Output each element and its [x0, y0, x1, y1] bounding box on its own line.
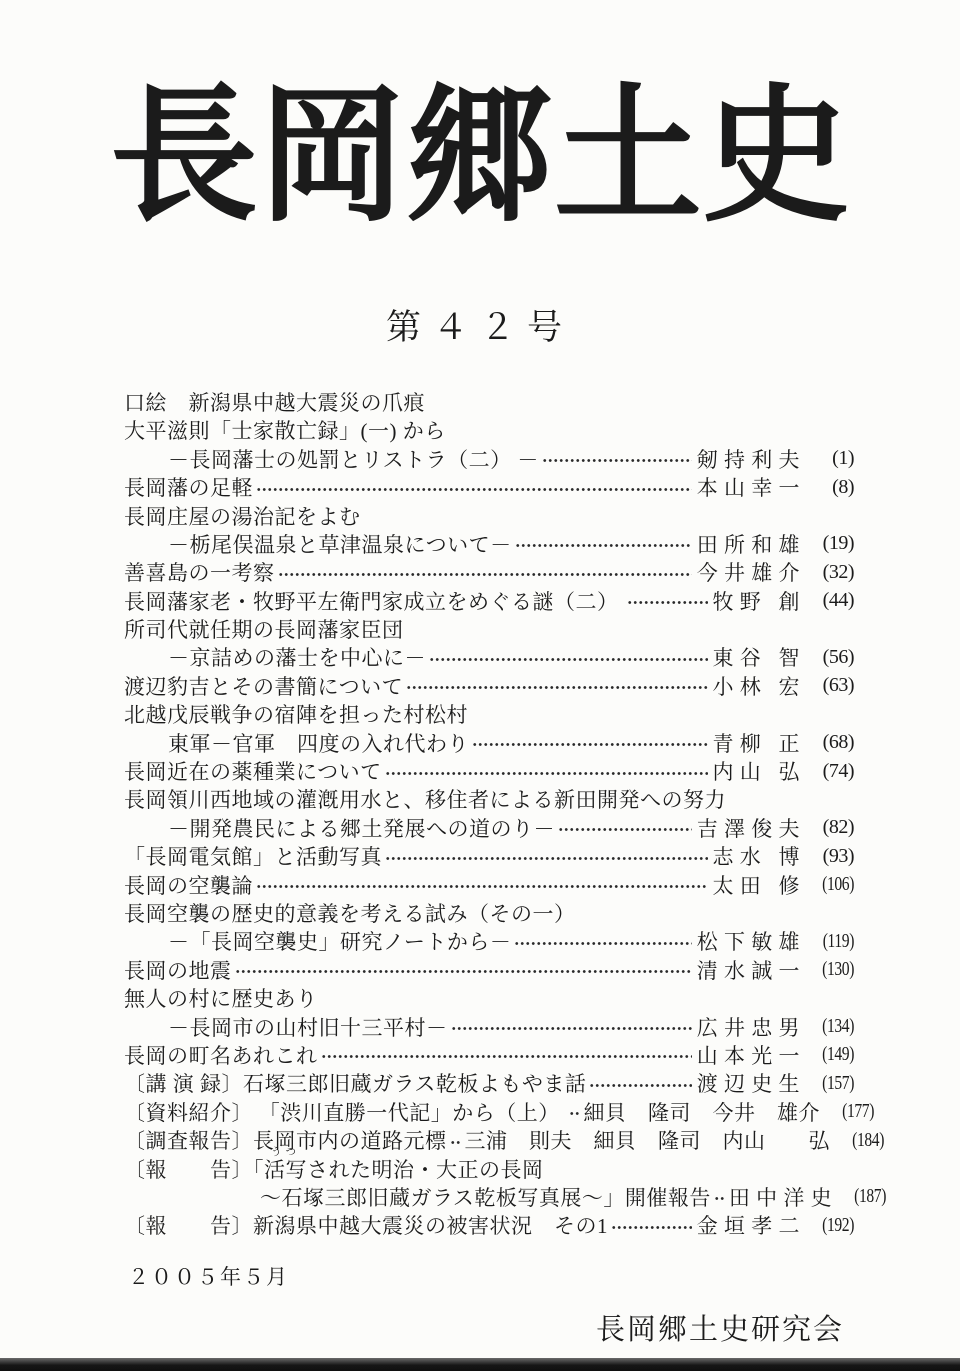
- toc-entry-author: 松 下 敏 雄: [697, 926, 800, 956]
- toc-row: 善喜島の一考察今 井 雄 介(32): [124, 558, 854, 586]
- toc-entry-page: (106): [812, 873, 854, 896]
- toc-entry-page: (93): [800, 845, 854, 868]
- page-title: 長岡郷土史: [0, 76, 960, 242]
- toc-entry-author: 東 谷 智: [713, 642, 801, 672]
- toc-entry-page: (134): [812, 1015, 854, 1038]
- toc-entry-page: (187): [844, 1185, 886, 1208]
- toc-entry-author: 三浦 則夫 細貝 隆司 内山 弘: [465, 1125, 831, 1155]
- toc-entry-page: (184): [842, 1129, 884, 1152]
- toc-entry-page: (149): [812, 1043, 854, 1066]
- dot-leader: [235, 969, 692, 974]
- toc-row: 〔資料紹介〕 「渋川直勝一代記」から（上） 細貝 隆司 今井 雄介(177): [124, 1098, 854, 1126]
- toc-row: 無人の村に歴史あり: [124, 984, 854, 1012]
- toc-entry-title: 東軍－官軍 四度の入れ代わり: [168, 728, 469, 758]
- toc-row: 〔報 告〕新潟県中越大震災の被害状況 その1金 垣 孝 二(192): [124, 1211, 854, 1239]
- dot-leader: [611, 1225, 692, 1230]
- toc-row: －長岡市の山村旧十三平村－広 井 忠 男(134): [124, 1012, 854, 1040]
- toc-entry-title: ～石塚三郎旧蔵ガラス乾板写真展～」開催報告: [260, 1182, 711, 1212]
- dot-leader: [589, 1083, 691, 1088]
- toc-entry-author: 広 井 忠 男: [697, 1012, 800, 1042]
- toc-row: 北越戊辰戦争の宿陣を担った村松村: [124, 700, 854, 728]
- toc-entry-author: 太 田 修: [713, 870, 801, 900]
- toc-row: 長岡の地震清 水 誠 一(130): [124, 956, 854, 984]
- toc-row: 長岡藩家老・牧野平左衛門家成立をめぐる謎（二） 牧 野 創(44): [124, 586, 854, 614]
- toc-entry-title: 大平滋則「士家散亡録」(一) から: [124, 415, 446, 445]
- toc-entry-page: (32): [800, 561, 854, 584]
- dot-leader: [278, 572, 692, 577]
- toc-row: 長岡領川西地域の灌漑用水と、移住者による新田開発への努力: [124, 785, 854, 813]
- toc-entry-title: 長岡の地震: [124, 955, 232, 985]
- toc-entry-title: －栃尾俣温泉と草津温泉について－: [168, 529, 512, 559]
- toc-row: 所司代就任期の長岡藩家臣団: [124, 615, 854, 643]
- dot-leader: [627, 600, 707, 605]
- toc-entry-author: 本 山 幸 一: [697, 472, 800, 502]
- toc-entry-title: －長岡市の山村旧十三平村－: [168, 1012, 448, 1042]
- toc-title-rest: された明治・大正の長岡: [307, 1158, 544, 1182]
- toc-row: 長岡の空襲論太 田 修(106): [124, 870, 854, 898]
- toc-row: 長岡庄屋の湯治記をよむ: [124, 501, 854, 529]
- scan-edge-band: [0, 1358, 960, 1371]
- toc-entry-page: (68): [800, 731, 854, 754]
- toc-entry-title: 「長岡電気館」と活動写真: [124, 841, 382, 871]
- toc-row: 渡辺豹吉とその書簡について小 林 宏(63): [124, 672, 854, 700]
- toc-entry-title: 長岡藩の足軽: [124, 472, 253, 502]
- toc-entry-title: －京詰めの藩士を中心に－: [168, 642, 426, 672]
- dot-leader: [515, 543, 692, 548]
- toc-entry-title: 〔資料紹介〕 「渋川直勝一代記」から（上）: [124, 1097, 566, 1127]
- dot-leader: [472, 742, 708, 747]
- toc-entry-author: 渡 辺 史 生: [697, 1068, 800, 1098]
- toc-entry-title: 長岡藩家老・牧野平左衛門家成立をめぐる謎（二）: [124, 586, 624, 616]
- toc-entry-author: 内 山 弘: [713, 756, 801, 786]
- toc-entry-page: (44): [800, 589, 854, 612]
- toc-entry-author: 金 垣 孝 二: [697, 1210, 800, 1240]
- toc-row: ～石塚三郎旧蔵ガラス乾板写真展～」開催報告田 中 洋 史(187): [124, 1183, 854, 1211]
- furigana: うつ: [271, 1144, 300, 1159]
- dot-leader: [406, 685, 707, 690]
- toc-entry-page: (19): [800, 532, 854, 555]
- toc-entry-author: 志 水 博: [713, 841, 801, 871]
- toc-row: －開発農民による郷土発展への道のり－吉 澤 俊 夫(82): [124, 814, 854, 842]
- dot-leader: [256, 487, 692, 492]
- toc-entry-title: 無人の村に歴史あり: [124, 983, 318, 1013]
- toc-entry-title: －「長岡空襲史」研究ノートから－: [168, 926, 511, 956]
- toc-row: 〔報 告〕「活写うつされた明治・大正の長岡: [124, 1154, 854, 1182]
- toc-row: 長岡藩の足軽本 山 幸 一(8): [124, 473, 854, 501]
- toc-entry-page: (82): [800, 816, 854, 839]
- publisher: 長岡郷土史研究会: [0, 1307, 844, 1348]
- dot-leader: [542, 458, 692, 463]
- toc-row: 大平滋則「士家散亡録」(一) から: [124, 416, 854, 444]
- toc-entry-author: 吉 澤 俊 夫: [697, 813, 800, 843]
- toc: 口絵 新潟県中越大震災の爪痕大平滋則「士家散亡録」(一) から－長岡藩士の処罰と…: [124, 388, 854, 1240]
- toc-entry-page: (119): [812, 930, 854, 953]
- toc-row: －栃尾俣温泉と草津温泉について－田 所 和 雄(19): [124, 530, 854, 558]
- toc-entry-author: 今 井 雄 介: [697, 557, 800, 587]
- dot-leader: [385, 856, 708, 861]
- toc-entry-page: (177): [832, 1100, 874, 1123]
- dot-leader: [429, 657, 708, 662]
- toc-entry-page: (63): [800, 674, 854, 697]
- toc-entry-author: 小 林 宏: [713, 671, 801, 701]
- toc-entry-title: 長岡の町名あれこれ: [124, 1040, 318, 1070]
- toc-entry-author: 清 水 誠 一: [697, 955, 800, 985]
- ruby-base: 活写うつ: [264, 1154, 307, 1184]
- toc-entry-page: (192): [812, 1214, 854, 1237]
- issue-number: 第４２号: [0, 300, 960, 350]
- toc-entry-author: 剱 持 利 夫: [697, 444, 800, 474]
- toc-entry-title: 長岡領川西地域の灌漑用水と、移住者による新田開発への努力: [124, 784, 726, 814]
- toc-entry-page: (8): [800, 476, 854, 499]
- toc-row: 「長岡電気館」と活動写真志 水 博(93): [124, 842, 854, 870]
- dot-leader: [569, 1111, 579, 1116]
- toc-row: －長岡藩士の処罰とリストラ（二） －剱 持 利 夫(1): [124, 445, 854, 473]
- toc-entry-author: 細貝 隆司 今井 雄介: [584, 1097, 821, 1127]
- toc-row: －京詰めの藩士を中心に－東 谷 智(56): [124, 643, 854, 671]
- dot-leader: [321, 1054, 692, 1059]
- toc-row: 長岡空襲の歴史的意義を考える試み（その一）: [124, 899, 854, 927]
- toc-entry-title: 渡辺豹吉とその書簡について: [124, 671, 403, 701]
- toc-entry-title: 長岡近在の薬種業について: [124, 756, 382, 786]
- toc-entry-page: (1): [800, 447, 854, 470]
- toc-entry-page: (130): [812, 958, 854, 981]
- toc-entry-author: 山 本 光 一: [697, 1040, 800, 1070]
- toc-row: 〔調査報告〕長岡市内の道路元標三浦 則夫 細貝 隆司 内山 弘(184): [124, 1126, 854, 1154]
- toc-entry-author: 田 所 和 雄: [697, 529, 800, 559]
- dot-leader: [451, 1026, 692, 1031]
- dot-leader: [385, 771, 708, 776]
- toc-entry-title: 長岡空襲の歴史的意義を考える試み（その一）: [124, 898, 576, 928]
- toc-entry-page: (157): [812, 1072, 854, 1095]
- toc-entry-title: 口絵 新潟県中越大震災の爪痕: [124, 387, 425, 417]
- dot-leader: [256, 884, 708, 889]
- toc-entry-title: 北越戊辰戦争の宿陣を担った村松村: [124, 699, 468, 729]
- dot-leader: [514, 941, 691, 946]
- publish-date: ２００５年５月: [128, 1261, 960, 1291]
- toc-entry-author: 青 柳 正: [713, 728, 801, 758]
- toc-row: 東軍－官軍 四度の入れ代わり青 柳 正(68): [124, 728, 854, 756]
- toc-row: 長岡の町名あれこれ山 本 光 一(149): [124, 1041, 854, 1069]
- toc-entry-page: (74): [800, 760, 854, 783]
- dot-leader: [714, 1196, 724, 1201]
- dot-leader: [450, 1140, 460, 1145]
- toc-entry-title: 長岡庄屋の湯治記をよむ: [124, 501, 361, 531]
- toc-entry-title: 長岡の空襲論: [124, 870, 253, 900]
- ruby-base-text: 活写: [264, 1158, 307, 1182]
- toc-row: －「長岡空襲史」研究ノートから－松 下 敏 雄(119): [124, 927, 854, 955]
- toc-entry-title: 〔報 告〕「活写うつされた明治・大正の長岡: [124, 1154, 544, 1184]
- toc-entry-title: 善喜島の一考察: [124, 557, 275, 587]
- toc-row: 長岡近在の薬種業について内 山 弘(74): [124, 757, 854, 785]
- toc-entry-author: 牧 野 創: [713, 586, 801, 616]
- toc-entry-title: 〔講 演 録〕石塚三郎旧蔵ガラス乾板よもやま話: [124, 1068, 586, 1098]
- toc-entry-title: 〔報 告〕新潟県中越大震災の被害状況 その1: [124, 1210, 608, 1240]
- toc-entry-title: －長岡藩士の処罰とリストラ（二） －: [168, 444, 539, 474]
- toc-row: 〔講 演 録〕石塚三郎旧蔵ガラス乾板よもやま話渡 辺 史 生(157): [124, 1069, 854, 1097]
- toc-entry-title: －開発農民による郷土発展への道のり－: [168, 813, 555, 843]
- toc-entry-title: 所司代就任期の長岡藩家臣団: [124, 614, 404, 644]
- toc-row: 口絵 新潟県中越大震災の爪痕: [124, 388, 854, 416]
- dot-leader: [558, 827, 692, 832]
- toc-entry-page: (56): [800, 646, 854, 669]
- toc-title-prefix: 〔報 告〕「: [124, 1158, 264, 1182]
- toc-entry-author: 田 中 洋 史: [729, 1182, 832, 1212]
